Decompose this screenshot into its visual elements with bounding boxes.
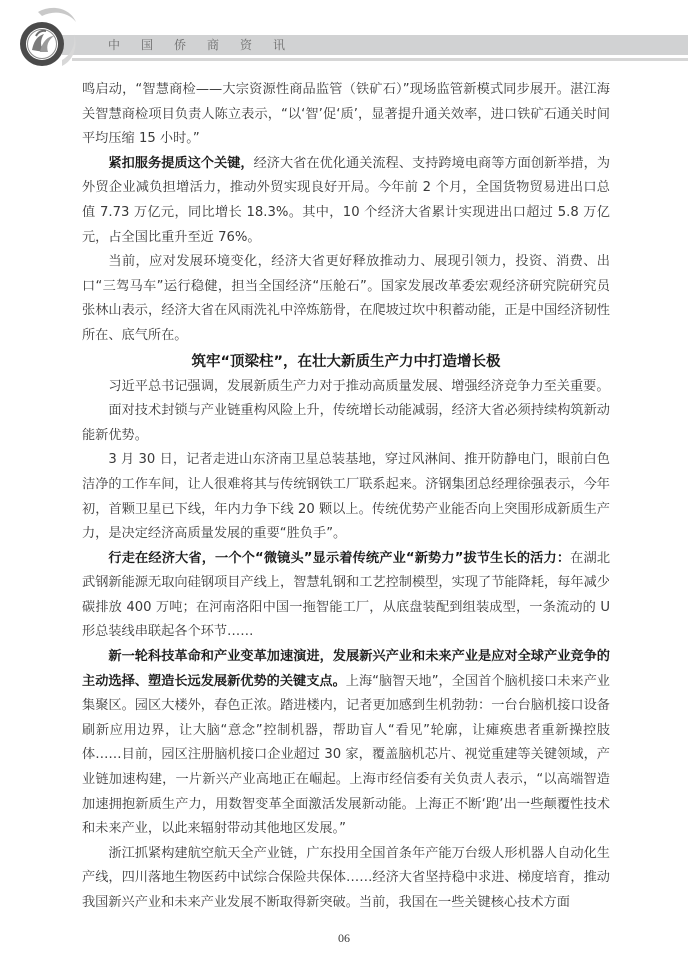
paragraph: 当前，应对发展环境变化，经济大省更好释放推动力、展现引领力，投资、消费、出口“三… (82, 250, 610, 348)
paragraph: 面对技术封锁与产业链重构风险上升，传统增长动能减弱，经济大省必须持续构筑新动能新… (82, 399, 610, 448)
paragraph: 3 月 30 日，记者走进山东济南卫星总装基地，穿过风淋间、推开防静电门，眼前白… (82, 448, 610, 546)
bold-lead: 行走在经济大省，一个个“微镜头”显示着传统产业“新势力”拔节生长的活力： (108, 551, 570, 566)
paragraph: 新一轮科技革命和产业变革加速演进，发展新兴产业和未来产业是应对全球产业竞争的主动… (82, 645, 610, 842)
paragraph: 浙江抓紧构建航空航天全产业链，广东投用全国首条年产能万台级人形机器人自动化生产线… (82, 842, 610, 916)
paragraph-text: 上海“脑智天地”，全国首个脑机接口未来产业集聚区。园区大楼外，春色正浓。踏进楼内… (82, 674, 610, 837)
publication-title: 中国侨商资讯 (108, 37, 306, 53)
paragraph: 紧扣服务提质这个关键，经济大省在优化通关流程、支持跨境电商等方面创新举措，为外贸… (82, 152, 610, 250)
paragraph: 鸣启动，“智慧商检——大宗资源性商品监管（铁矿石）”现场监管新模式同步展开。湛江… (82, 78, 610, 152)
header-rule (72, 58, 688, 61)
section-heading: 筑牢“顶梁柱”，在壮大新质生产力中打造增长极 (82, 349, 610, 375)
publication-logo-icon (18, 4, 80, 70)
page-number: 06 (0, 931, 688, 946)
paragraph: 行走在经济大省，一个个“微镜头”显示着传统产业“新势力”拔节生长的活力：在湖北武… (82, 547, 610, 645)
page-header: 中国侨商资讯 (0, 0, 688, 70)
paragraph: 习近平总书记强调，发展新质生产力对于推动高质量发展、增强经济竞争力至关重要。 (82, 375, 610, 400)
article-body: 鸣启动，“智慧商检——大宗资源性商品监管（铁矿石）”现场监管新模式同步展开。湛江… (82, 78, 610, 916)
bold-lead: 紧扣服务提质这个关键， (108, 156, 253, 171)
